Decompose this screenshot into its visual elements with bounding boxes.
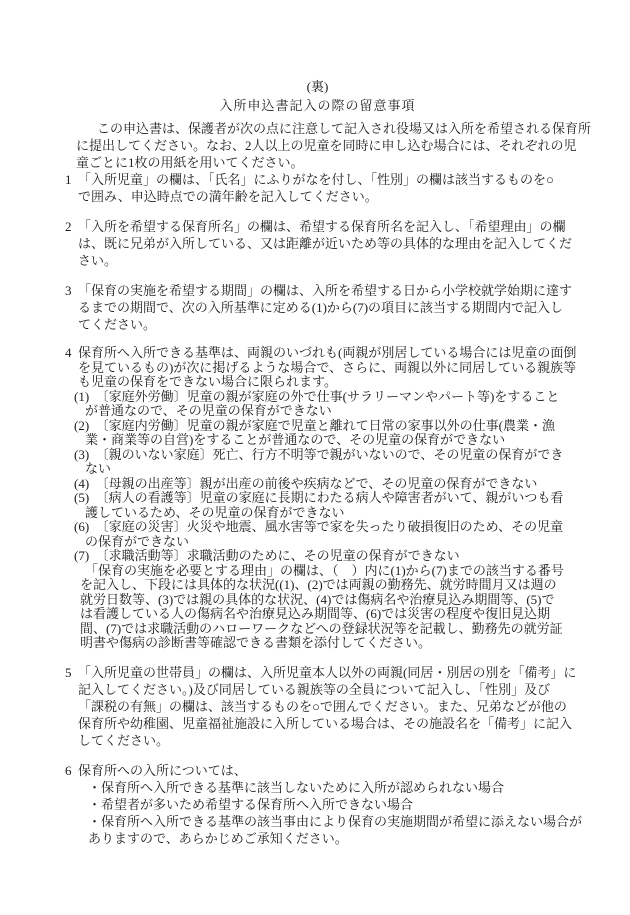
text-line: の保育ができない xyxy=(85,535,570,550)
admission-caveats-list: ・保育所へ入所できる基準に該当しないために入所が認められない場合・希望者が多いた… xyxy=(88,779,570,847)
text-line: 「入所児童」の欄は、「氏名」にふりがなを付し、「性別」の欄は該当するものを○ xyxy=(78,171,570,188)
page-side-label: (裏) xyxy=(65,78,570,95)
text-line: 「保育の実施を希望する期間」の欄は、入所を希望する日から小学校就学始期に達す xyxy=(78,282,570,299)
text-line: (7) 〔求職活動等〕求職活動のために、その児童の保育ができない xyxy=(74,549,570,564)
text-line: ・希望者が多いため希望する保育所へ入所できない場合 xyxy=(88,796,570,813)
text-line: を見ているもの)が次に掲げるような場合で、さらに、両親以外に同居している親族等 xyxy=(78,361,570,376)
text-line: を記入し、下段には具体的な状況((1)、(2)では両親の勤務先、就労時間月又は週… xyxy=(80,578,570,593)
text-line: ・保育所へ入所できる基準の該当事由により保育の実施期間が希望に添えない場合が xyxy=(88,813,570,830)
item-6-body: 保育所への入所については、 ・保育所へ入所できる基準に該当しないために入所が認め… xyxy=(78,762,570,847)
item-1: 1 「入所児童」の欄は、「氏名」にふりがなを付し、「性別」の欄は該当するものを○… xyxy=(65,171,570,205)
item-5-number: 5 xyxy=(65,664,72,681)
text-line: るまでの期間で、次の入所基準に定める(1)から(7)の項目に該当する期間内で記入… xyxy=(78,299,570,316)
text-line: この申込書は、保護者が次の点に注意して記入され役場又は入所を希望される保育所 xyxy=(76,120,570,137)
text-line: 記入してください。)及び同居している親族等の全員について記入し、「性別」及び xyxy=(78,681,570,698)
text-line: 保育所への入所については、 xyxy=(78,762,570,779)
item-2: 2 「入所を希望する保育所名」の欄は、希望する保育所名を記入し、「希望理由」の欄… xyxy=(65,218,570,269)
text-line: (3) 〔親のいない家庭〕死亡、行方不明等で親がいないので、その児童の保育ができ xyxy=(74,448,570,463)
text-line: 保育所や幼稚園、児童福祉施設に入所している場合は、その施設名を「備考」に記入 xyxy=(78,715,570,732)
item-6: 6 保育所への入所については、 ・保育所へ入所できる基準に該当しないために入所が… xyxy=(65,762,570,847)
text-line: 保育所へ入所できる基準は、両親のいづれも(両親が別居している場合には児童の面倒 xyxy=(78,346,570,361)
text-line: (6) 〔家庭の災害〕火災や地震、風水害等で家を失ったり破損復旧のため、その児童 xyxy=(74,520,570,535)
text-line: は看護している人の傷病名や治療見込み期間等、(6)では災害の程度や復旧見込期 xyxy=(80,607,570,622)
item-5-body: 「入所児童の世帯員」の欄は、入所児童本人以外の両親(同居・別居の別を「備考」に記… xyxy=(78,664,570,749)
text-line: 「課税の有無」の欄は、該当するものを○で囲んでください。また、兄弟などが他の xyxy=(78,698,570,715)
item-4-body: 保育所へ入所できる基準は、両親のいづれも(両親が別居している場合には児童の面倒を… xyxy=(78,346,570,651)
page-title: 入所申込書記入の際の留意事項 xyxy=(65,97,570,114)
intro-paragraph: この申込書は、保護者が次の点に注意して記入され役場又は入所を希望される保育所に提… xyxy=(65,120,570,171)
item-4-number: 4 xyxy=(65,346,72,361)
text-line: 明書や傷病の診断書等確認できる書類を添付してください。 xyxy=(80,636,570,651)
text-line: 業・商業等の自営)をすることが普通なので、その児童の保育ができない xyxy=(85,433,570,448)
text-line: さい。 xyxy=(78,252,570,269)
reason-field-note: 「保育の実施を必要とする理由」の欄は、（ ）内に(1)から(7)までの該当する番… xyxy=(80,564,570,651)
subitem-5: (5) 〔病人の看護等〕児童の家庭に長期にわたる病人や障害者がいて、親がいつも看… xyxy=(74,491,570,520)
item-1-body: 「入所児童」の欄は、「氏名」にふりがなを付し、「性別」の欄は該当するものを○で囲… xyxy=(78,171,570,205)
text-line: ない xyxy=(85,462,570,477)
text-line: (4) 〔母親の出産等〕親が出産の前後や疾病などで、その児童の保育ができない xyxy=(74,477,570,492)
text-line: に提出してください。なお、2人以上の児童を同時に申し込む場合には、それぞれの児 xyxy=(76,137,570,154)
text-line: 童ごとに1枚の用紙を用いてください。 xyxy=(76,154,570,171)
item-2-number: 2 xyxy=(65,218,72,235)
item-6-number: 6 xyxy=(65,762,72,779)
text-line: (1) 〔家庭外労働〕児童の親が家庭の外で仕事(サラリーマンやパート等)をするこ… xyxy=(74,390,570,405)
subitem-3: (3) 〔親のいない家庭〕死亡、行方不明等で親がいないので、その児童の保育ができ… xyxy=(74,448,570,477)
item-3: 3 「保育の実施を希望する期間」の欄は、入所を希望する日から小学校就学始期に達す… xyxy=(65,282,570,333)
text-line: 間、(7)では求職活動のハローワークなどへの登録状況等を記載し、勤務先の就労証 xyxy=(80,622,570,637)
subitem-4: (4) 〔母親の出産等〕親が出産の前後や疾病などで、その児童の保育ができない xyxy=(74,477,570,492)
item-4: 4 保育所へ入所できる基準は、両親のいづれも(両親が別居している場合には児童の面… xyxy=(65,346,570,651)
subitem-2: (2) 〔家庭内労働〕児童の親が家庭で児童と離れて日常の家事以外の仕事(農業・漁… xyxy=(74,419,570,448)
item-3-body: 「保育の実施を希望する期間」の欄は、入所を希望する日から小学校就学始期に達するま… xyxy=(78,282,570,333)
text-line: 「保育の実施を必要とする理由」の欄は、（ ）内に(1)から(7)までの該当する番… xyxy=(85,564,570,579)
text-line: 「入所を希望する保育所名」の欄は、希望する保育所名を記入し、「希望理由」の欄 xyxy=(78,218,570,235)
text-line: で囲み、申込時点での満年齢を記入してください。 xyxy=(78,188,570,205)
subitem-7: (7) 〔求職活動等〕求職活動のために、その児童の保育ができない xyxy=(74,549,570,564)
subitem-6: (6) 〔家庭の災害〕火災や地震、風水害等で家を失ったり破損復旧のため、その児童… xyxy=(74,520,570,549)
text-line: てください。 xyxy=(78,316,570,333)
subitem-1: (1) 〔家庭外労働〕児童の親が家庭の外で仕事(サラリーマンやパート等)をするこ… xyxy=(74,390,570,419)
text-line: (2) 〔家庭内労働〕児童の親が家庭で児童と離れて日常の家事以外の仕事(農業・漁 xyxy=(74,419,570,434)
item-1-number: 1 xyxy=(65,171,72,188)
item-4-main-text: 保育所へ入所できる基準は、両親のいづれも(両親が別居している場合には児童の面倒を… xyxy=(78,346,570,390)
text-line: が普通なので、その児童の保育ができない xyxy=(85,404,570,419)
text-line: (5) 〔病人の看護等〕児童の家庭に長期にわたる病人や障害者がいて、親がいつも看 xyxy=(74,491,570,506)
text-line: 護しているため、その児童の保育ができない xyxy=(85,506,570,521)
text-line: 「入所児童の世帯員」の欄は、入所児童本人以外の両親(同居・別居の別を「備考」に xyxy=(78,664,570,681)
text-line: 就労日数等、(3)では親の具体的な状況、(4)では傷病名や治療見込み期間等、(5… xyxy=(80,593,570,608)
item-3-number: 3 xyxy=(65,282,72,299)
item-2-body: 「入所を希望する保育所名」の欄は、希望する保育所名を記入し、「希望理由」の欄は、… xyxy=(78,218,570,269)
document-page: (裏) 入所申込書記入の際の留意事項 この申込書は、保護者が次の点に注意して記入… xyxy=(0,0,630,915)
text-line: ・保育所へ入所できる基準に該当しないために入所が認められない場合 xyxy=(88,779,570,796)
text-line: してください。 xyxy=(78,732,570,749)
text-line: は、既に兄弟が入所している、又は距離が近いため等の具体的な理由を記入してくだ xyxy=(78,235,570,252)
text-line: ありますので、あらかじめご承知ください。 xyxy=(88,830,570,847)
text-line: も児童の保育をできない場合に限られます。 xyxy=(78,375,570,390)
item-6-main-text: 保育所への入所については、 xyxy=(78,762,570,779)
item-5: 5 「入所児童の世帯員」の欄は、入所児童本人以外の両親(同居・別居の別を「備考」… xyxy=(65,664,570,749)
